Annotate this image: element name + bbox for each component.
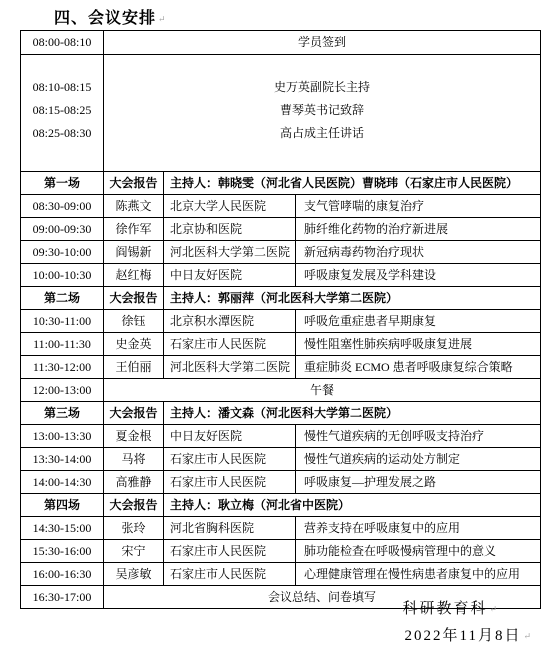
session-name-cell: 第一场 xyxy=(21,172,104,195)
time-cell: 16:30-17:00 xyxy=(21,586,104,609)
schedule-table-body: 08:00-08:10学员签到08:10-08:1508:15-08:2508:… xyxy=(21,31,541,609)
time-cell: 09:30-10:00 xyxy=(21,241,104,264)
schedule-table: 08:00-08:10学员签到08:10-08:1508:15-08:2508:… xyxy=(20,30,541,609)
time-cell: 08:30-09:00 xyxy=(21,195,104,218)
paragraph-mark-icon: ↵ xyxy=(489,604,499,614)
session-header-row: 第二场大会报告主持人：郭丽萍（河北医科大学第二医院） xyxy=(21,287,541,310)
session-category-cell: 大会报告 xyxy=(104,287,164,310)
session-header-row: 第四场大会报告主持人：耿立梅（河北省中医院） xyxy=(21,494,541,517)
activity-cell: 午餐 xyxy=(104,379,541,402)
affiliation-cell: 北京积水潭医院 xyxy=(164,310,296,333)
speaker-cell: 夏金根 xyxy=(104,425,164,448)
topic-cell: 呼吸康复发展及学科建设 xyxy=(296,264,541,287)
talk-row: 13:00-13:30夏金根中日友好医院慢性气道疾病的无创呼吸支持治疗 xyxy=(21,425,541,448)
affiliation-cell: 石家庄市人民医院 xyxy=(164,563,296,586)
affiliation-cell: 中日友好医院 xyxy=(164,264,296,287)
speaker-cell: 王伯丽 xyxy=(104,356,164,379)
time-cell: 12:00-13:00 xyxy=(21,379,104,402)
affiliation-cell: 石家庄市人民医院 xyxy=(164,471,296,494)
speaker-cell: 徐作军 xyxy=(104,218,164,241)
topic-cell: 肺功能检查在呼吸慢病管理中的意义 xyxy=(296,540,541,563)
speaker-cell: 史金英 xyxy=(104,333,164,356)
affiliation-cell: 石家庄市人民医院 xyxy=(164,540,296,563)
affiliation-cell: 北京协和医院 xyxy=(164,218,296,241)
affiliation-cell: 石家庄市人民医院 xyxy=(164,448,296,471)
time-cell: 13:00-13:30 xyxy=(21,425,104,448)
speaker-cell: 宋宁 xyxy=(104,540,164,563)
affiliation-cell: 河北医科大学第二医院 xyxy=(164,241,296,264)
talk-row: 13:30-14:00马将石家庄市人民医院慢性气道疾病的运动处方制定 xyxy=(21,448,541,471)
topic-cell: 新冠病毒药物治疗现状 xyxy=(296,241,541,264)
time-cell: 11:30-12:00 xyxy=(21,356,104,379)
topic-cell: 重症肺炎 ECMO 患者呼吸康复综合策略 xyxy=(296,356,541,379)
time-cell: 15:30-16:00 xyxy=(21,540,104,563)
talk-row: 16:00-16:30吴彦敏石家庄市人民医院心理健康管理在慢性病患者康复中的应用 xyxy=(21,563,541,586)
activity-cell: 学员签到 xyxy=(104,31,541,55)
topic-cell: 慢性阻塞性肺疾病呼吸康复进展 xyxy=(296,333,541,356)
talk-row: 14:00-14:30高雅静石家庄市人民医院呼吸康复—护理发展之路 xyxy=(21,471,541,494)
affiliation-cell: 河北省胸科医院 xyxy=(164,517,296,540)
activity-cell: 史万英副院长主持曹琴英书记致辞高占成主任讲话 xyxy=(104,55,541,172)
opening-activity: 高占成主任讲话 xyxy=(106,122,538,145)
opening-time: 08:25-08:30 xyxy=(23,122,101,145)
time-cell: 16:00-16:30 xyxy=(21,563,104,586)
talk-row: 11:00-11:30史金英石家庄市人民医院慢性阻塞性肺疾病呼吸康复进展 xyxy=(21,333,541,356)
speaker-cell: 马将 xyxy=(104,448,164,471)
topic-cell: 营养支持在呼吸康复中的应用 xyxy=(296,517,541,540)
talk-row: 10:00-10:30赵红梅中日友好医院呼吸康复发展及学科建设 xyxy=(21,264,541,287)
affiliation-cell: 河北医科大学第二医院 xyxy=(164,356,296,379)
session-header-row: 第三场大会报告主持人：潘文森（河北医科大学第二医院） xyxy=(21,402,541,425)
talk-row: 14:30-15:00张玲河北省胸科医院营养支持在呼吸康复中的应用 xyxy=(21,517,541,540)
opening-time: 08:10-08:15 xyxy=(23,76,101,99)
time-cell: 08:00-08:10 xyxy=(21,31,104,55)
time-cell: 10:00-10:30 xyxy=(21,264,104,287)
topic-cell: 心理健康管理在慢性病患者康复中的应用 xyxy=(296,563,541,586)
session-chair-cell: 主持人：韩晓雯（河北省人民医院）曹晓玮（石家庄市人民医院） xyxy=(164,172,541,195)
opening-ceremony-row: 08:10-08:1508:15-08:2508:25-08:30史万英副院长主… xyxy=(21,55,541,172)
footer-date: 2022年11月8日↵ xyxy=(405,624,534,645)
speaker-cell: 赵红梅 xyxy=(104,264,164,287)
speaker-cell: 陈燕文 xyxy=(104,195,164,218)
affiliation-cell: 中日友好医院 xyxy=(164,425,296,448)
schedule-row: 08:00-08:10学员签到 xyxy=(21,31,541,55)
session-header-row: 第一场大会报告主持人：韩晓雯（河北省人民医院）曹晓玮（石家庄市人民医院） xyxy=(21,172,541,195)
talk-row: 09:00-09:30徐作军北京协和医院肺纤维化药物的治疗新进展 xyxy=(21,218,541,241)
topic-cell: 呼吸康复—护理发展之路 xyxy=(296,471,541,494)
session-chair-cell: 主持人：郭丽萍（河北医科大学第二医院） xyxy=(164,287,541,310)
speaker-cell: 徐钰 xyxy=(104,310,164,333)
opening-activity: 曹琴英书记致辞 xyxy=(106,99,538,122)
time-cell: 09:00-09:30 xyxy=(21,218,104,241)
time-cell: 08:10-08:1508:15-08:2508:25-08:30 xyxy=(21,55,104,172)
footer-department: 科研教育科↵ xyxy=(402,597,499,618)
paragraph-mark-icon: ↵ xyxy=(158,14,167,24)
session-name-cell: 第二场 xyxy=(21,287,104,310)
topic-cell: 慢性气道疾病的无创呼吸支持治疗 xyxy=(296,425,541,448)
speaker-cell: 张玲 xyxy=(104,517,164,540)
topic-cell: 支气管哮喘的康复治疗 xyxy=(296,195,541,218)
affiliation-cell: 石家庄市人民医院 xyxy=(164,333,296,356)
session-category-cell: 大会报告 xyxy=(104,172,164,195)
topic-cell: 肺纤维化药物的治疗新进展 xyxy=(296,218,541,241)
time-cell: 11:00-11:30 xyxy=(21,333,104,356)
opening-time: 08:15-08:25 xyxy=(23,99,101,122)
talk-row: 10:30-11:00徐钰北京积水潭医院呼吸危重症患者早期康复 xyxy=(21,310,541,333)
talk-row: 09:30-10:00阎锡新河北医科大学第二医院新冠病毒药物治疗现状 xyxy=(21,241,541,264)
session-category-cell: 大会报告 xyxy=(104,402,164,425)
session-category-cell: 大会报告 xyxy=(104,494,164,517)
paragraph-mark-icon: ↵ xyxy=(523,631,533,641)
section-title: 四、会议安排↵ xyxy=(54,5,167,28)
session-chair-cell: 主持人：耿立梅（河北省中医院） xyxy=(164,494,541,517)
time-cell: 10:30-11:00 xyxy=(21,310,104,333)
affiliation-cell: 北京大学人民医院 xyxy=(164,195,296,218)
section-title-text: 四、会议安排 xyxy=(54,10,156,27)
session-name-cell: 第三场 xyxy=(21,402,104,425)
session-chair-cell: 主持人：潘文森（河北医科大学第二医院） xyxy=(164,402,541,425)
footer-department-text: 科研教育科 xyxy=(402,601,487,617)
speaker-cell: 高雅静 xyxy=(104,471,164,494)
time-cell: 13:30-14:00 xyxy=(21,448,104,471)
time-cell: 14:00-14:30 xyxy=(21,471,104,494)
speaker-cell: 阎锡新 xyxy=(104,241,164,264)
talk-row: 08:30-09:00陈燕文北京大学人民医院支气管哮喘的康复治疗 xyxy=(21,195,541,218)
talk-row: 11:30-12:00王伯丽河北医科大学第二医院重症肺炎 ECMO 患者呼吸康复… xyxy=(21,356,541,379)
session-name-cell: 第四场 xyxy=(21,494,104,517)
schedule-row: 12:00-13:00午餐 xyxy=(21,379,541,402)
opening-activity: 史万英副院长主持 xyxy=(106,76,538,99)
talk-row: 15:30-16:00宋宁石家庄市人民医院肺功能检查在呼吸慢病管理中的意义 xyxy=(21,540,541,563)
topic-cell: 慢性气道疾病的运动处方制定 xyxy=(296,448,541,471)
footer-date-text: 2022年11月8日 xyxy=(405,628,522,644)
topic-cell: 呼吸危重症患者早期康复 xyxy=(296,310,541,333)
speaker-cell: 吴彦敏 xyxy=(104,563,164,586)
time-cell: 14:30-15:00 xyxy=(21,517,104,540)
